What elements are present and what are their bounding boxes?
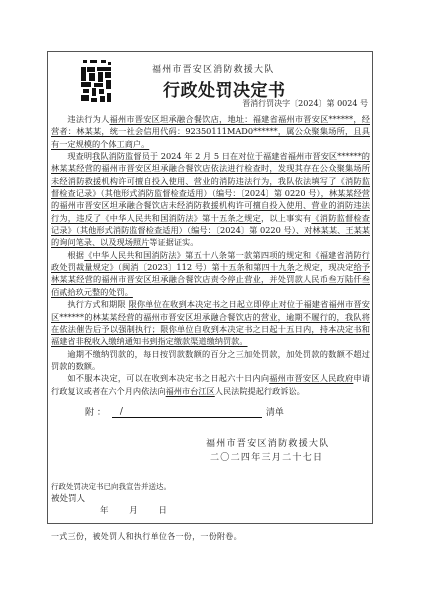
document-body: 违法行为人福州市晋安区坦承融合餐饮店，地址：福建省福州市晋安区******，经营… xyxy=(51,113,370,397)
attachment-blank: / xyxy=(112,407,262,418)
paragraph-execution: 执行方式和期限 限你单位在收到本决定书之日起立即停止对位于福建省福州市晋安区**… xyxy=(51,298,370,347)
appeal-text-a: 如不服本决定，可以在收到本决定书之日起六十日内向 xyxy=(67,373,269,383)
qr-code-icon xyxy=(81,60,111,102)
findings-connector: ，以上事实有 xyxy=(261,213,311,223)
attachment-suffix: 清单 xyxy=(266,408,284,418)
paragraph-appeal: 如不服本决定，可以在收到本决定书之日起六十日内向福州市晋安区人民政府申请行政复议… xyxy=(51,372,370,397)
document-frame: 福州市晋安区消防救援大队 行政处罚决定书 晋消行罚决字〔2024〕第 0024 … xyxy=(47,51,373,524)
attachment-value: / xyxy=(120,407,123,417)
issuer-header: 福州市晋安区消防救援大队 xyxy=(152,62,274,75)
label-execution: 执行方式和期限 xyxy=(67,299,128,309)
paragraph-late-fee: 逾期不缴纳罚款的，每日按罚款数额的百分之三加处罚款，加处罚款的数额不超过罚款的数… xyxy=(51,348,370,373)
decision-connector: 之规定，现决定 xyxy=(295,262,353,272)
copies-footnote: 一式三份，被处罚人和执行单位各一份，一份附卷。 xyxy=(51,531,242,542)
label-findings: 现查明 xyxy=(67,151,92,161)
court-district: 福州市台江区 xyxy=(166,386,215,396)
paragraph-decision: 根据《中华人民共和国消防法》第五十八条第一款第四项的规定和《福建省消防行政处罚裁… xyxy=(51,249,370,298)
signature-org: 福州市晋安区消防救援大队 xyxy=(206,436,330,449)
attachment-line: 附 ：/清单 xyxy=(85,405,284,418)
document-number: 晋消行罚决字〔2024〕第 0024 号 xyxy=(242,98,368,109)
paragraph-offender: 违法行为人福州市晋安区坦承融合餐饮店，地址：福建省福州市晋安区******，经营… xyxy=(51,113,370,150)
punished-party-label: 被处罚人 xyxy=(51,492,85,504)
review-authority: 福州市晋安区人民政府 xyxy=(269,373,353,383)
signature-date: 二〇二四年三月二十七日 xyxy=(210,450,323,463)
service-date-placeholder: 年 月 日 xyxy=(100,504,167,516)
appeal-text-c: 人民法院提起行政诉讼。 xyxy=(215,386,305,396)
paragraph-findings: 现查明我队消防监督员于 2024 年 2 月 5 日在对位于福建省福州市晋安区*… xyxy=(51,150,370,249)
service-note: 行政处罚决定书已向我宣告并送达。 xyxy=(51,481,171,492)
attachment-label: 附 ： xyxy=(85,408,106,418)
label-offender: 违法行为人 xyxy=(67,114,109,124)
label-basis: 根据 xyxy=(67,250,84,260)
findings-tail: 等证据证实。 xyxy=(149,237,198,247)
